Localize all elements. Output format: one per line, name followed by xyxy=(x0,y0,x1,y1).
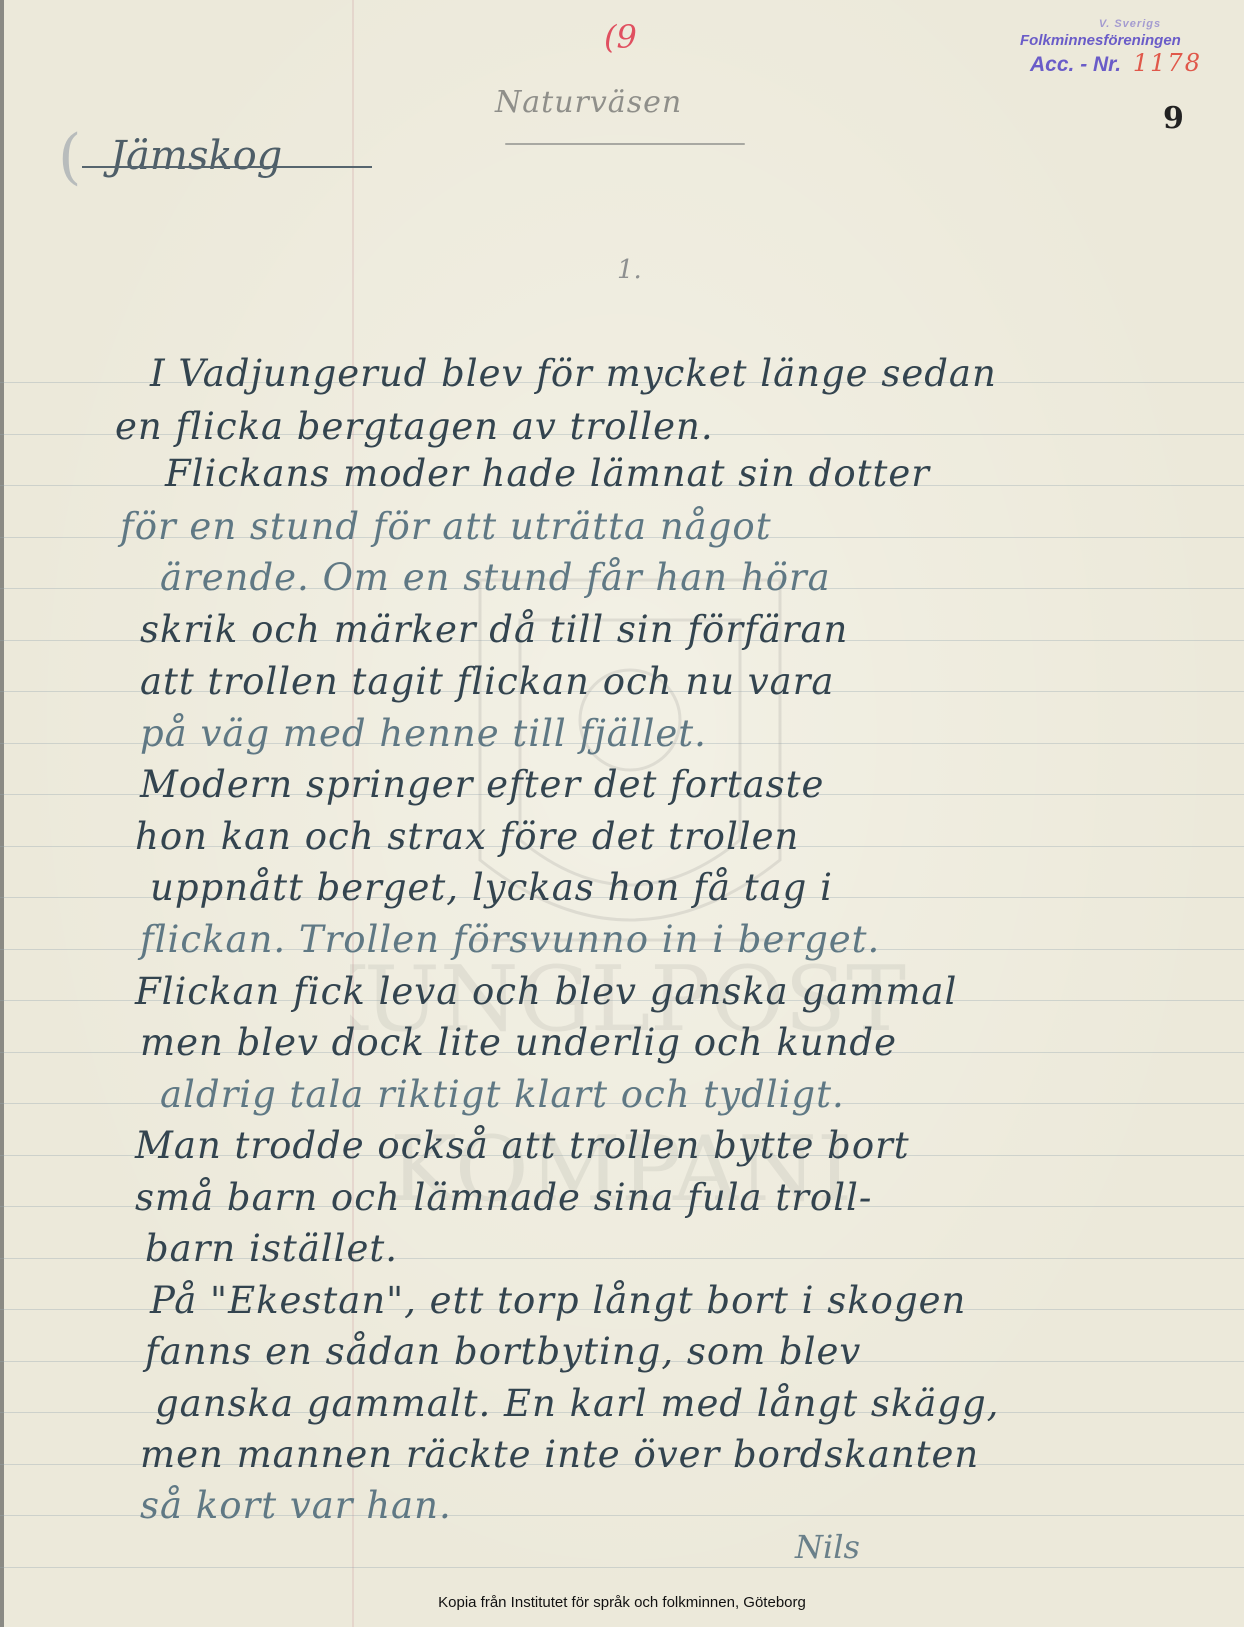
manuscript-line: men mannen räckte inte över bordskanten xyxy=(140,1433,979,1476)
red-pencil-marker: (9 xyxy=(604,18,637,56)
scan-edge xyxy=(0,0,4,1627)
manuscript-line: men blev dock lite underlig och kunde xyxy=(140,1021,897,1064)
manuscript-line: I Vadjungerud blev för mycket länge seda… xyxy=(150,352,997,395)
manuscript-line: så kort var han. xyxy=(140,1484,452,1527)
manuscript-line: ganska gammalt. En karl med långt skägg, xyxy=(155,1382,999,1425)
manuscript-line: Modern springer efter det fortaste xyxy=(140,763,824,806)
manuscript-line: på väg med henne till fjället. xyxy=(140,712,707,755)
manuscript-line: Man trodde också att trollen bytte bort xyxy=(135,1124,910,1167)
manuscript-line: aldrig tala riktigt klart och tydligt. xyxy=(160,1073,845,1116)
manuscript-line: fanns en sådan bortbyting, som blev xyxy=(145,1330,861,1373)
parish-parenthesis: ( xyxy=(58,122,81,192)
category-underline xyxy=(505,143,745,145)
manuscript-line: för en stund för att uträtta något xyxy=(120,505,772,548)
archive-stamp: V. Sverigs Folkminnesföreningen Acc. - N… xyxy=(1010,18,1240,77)
stamp-top-line: V. Sverigs xyxy=(1020,18,1240,30)
ruled-line xyxy=(0,1567,1244,1568)
category-heading: Naturväsen xyxy=(495,85,682,120)
parish-underline xyxy=(82,166,372,168)
manuscript-line: Flickan fick leva och blev ganska gammal xyxy=(135,970,957,1013)
stamp-accession: Acc. - Nr. 1178 xyxy=(1030,49,1240,77)
manuscript-line: På "Ekestan", ett torp långt bort i skog… xyxy=(150,1279,966,1322)
manuscript-line: Flickans moder hade lämnat sin dotter xyxy=(165,452,930,495)
acc-number: 1178 xyxy=(1133,49,1202,77)
manuscript-line: ärende. Om en stund får han höra xyxy=(160,556,831,599)
manuscript-line: barn istället. xyxy=(145,1227,398,1270)
signature: Nils xyxy=(795,1528,860,1566)
manuscript-line: en flicka bergtagen av trollen. xyxy=(115,405,714,448)
manuscript-line: att trollen tagit flickan och nu vara xyxy=(140,660,835,703)
parish-name: Jämskog xyxy=(110,133,282,179)
acc-label: Acc. - Nr. xyxy=(1030,53,1121,76)
manuscript-line: flickan. Trollen försvunno in i berget. xyxy=(140,918,880,961)
page-number: 9 xyxy=(1163,101,1184,136)
manuscript-line: små barn och lämnade sina fula troll- xyxy=(135,1176,872,1219)
archive-footer: Kopia från Institutet för språk och folk… xyxy=(0,1594,1244,1611)
manuscript-line: uppnått berget, lyckas hon få tag i xyxy=(150,866,833,909)
manuscript-line: hon kan och strax före det trollen xyxy=(135,815,799,858)
manuscript-page: KUNGL POST KOMPANI V. Sverigs Folkminnes… xyxy=(0,0,1244,1627)
stamp-organization: Folkminnesföreningen xyxy=(1020,32,1240,49)
manuscript-line: skrik och märker då till sin förfäran xyxy=(140,608,848,651)
section-number: 1. xyxy=(617,255,642,285)
